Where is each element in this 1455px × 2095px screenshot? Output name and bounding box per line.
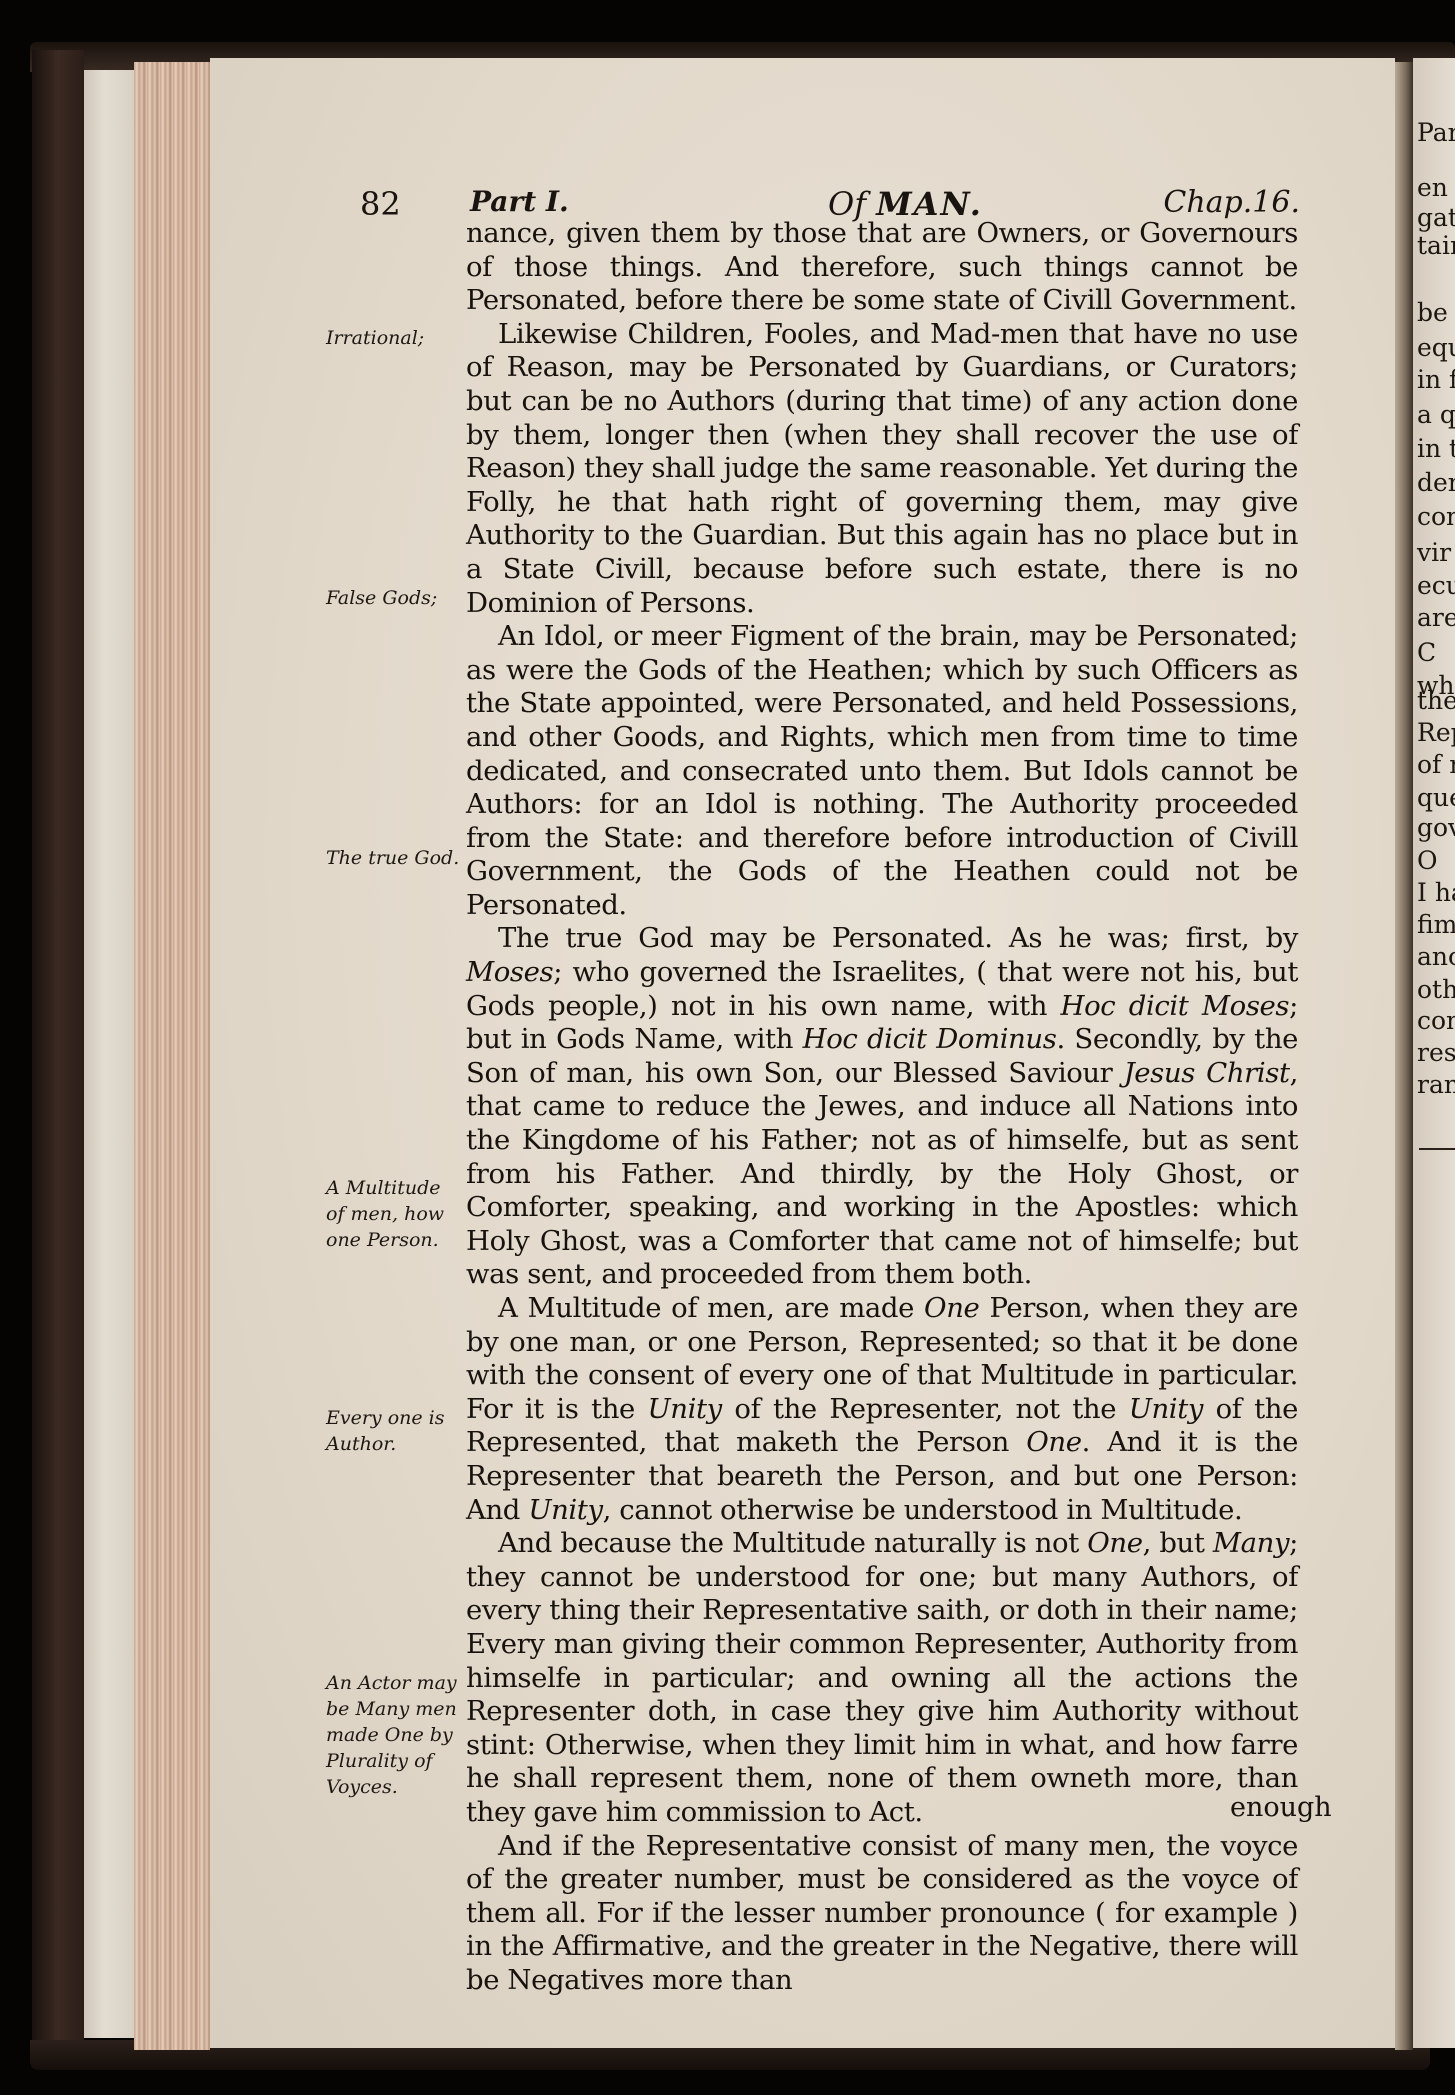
facing-page-fragment: are [1417,605,1455,630]
margin-note-true-god: The true God. [326,845,461,871]
flyleaf [84,70,134,2038]
facing-page-fragment: conc [1417,1008,1455,1033]
facing-page-fragment: C [1417,640,1436,665]
facing-page: Parengattainbeequin fa qin tderconvirecu… [1413,58,1455,2048]
facing-page-fragment: Par [1417,120,1455,145]
paragraph: An Idol, or meer Figment of the brain, m… [466,620,1298,922]
facing-page-fragment: en [1417,175,1448,200]
facing-page-fragment: anc [1417,944,1455,969]
folio-number: 82 [360,185,401,223]
chapter-label: Chap.16. [1163,185,1300,220]
paragraph: nance, given them by those that are Owne… [466,217,1298,318]
facing-page-fragment: be [1417,300,1448,325]
facing-page-fragment: equ [1417,335,1455,360]
page-edges [134,62,210,2050]
facing-page-fragment: a q [1417,402,1455,427]
margin-note-false-gods: False Gods; [326,585,461,611]
paragraph: Likewise Children, Fooles, and Mad-men t… [466,318,1298,620]
facing-page-fragment: ecu [1417,573,1455,598]
book-binding-left [32,50,84,2045]
gutter [1395,62,1413,2050]
facing-page-fragment: der [1417,470,1455,495]
facing-page-fragment: tain [1417,233,1455,258]
facing-page-fragment: I hav [1417,880,1455,905]
facing-page-fragment: oth [1417,977,1455,1002]
facing-page-fragment: ranc [1417,1072,1455,1097]
facing-page-rule [1419,1148,1455,1150]
paragraph: And because the Multitude naturally is n… [466,1527,1298,1829]
facing-page-fragment: fimv [1417,912,1455,937]
margin-note-irrational: Irrational; [326,325,461,351]
paragraph: And if the Representative consist of man… [466,1830,1298,1998]
facing-page-fragment: in f [1417,367,1455,392]
facing-page-fragment: quer [1417,785,1455,810]
margin-note-actor: An Actor may be Many men made One by Plu… [326,1670,461,1800]
margin-note-every-one: Every one is Author. [326,1405,461,1457]
facing-page-fragment: res, [1417,1040,1455,1065]
part-label: Part I. [470,185,569,218]
facing-page-fragment: gat [1417,205,1455,230]
facing-page-fragment: the c [1417,688,1455,713]
margin-note-multitude: A Multitude of men, how one Person. [326,1175,461,1253]
catchword: enough [1230,1792,1332,1823]
facing-page-fragment: vir [1417,540,1451,565]
facing-page-fragment: con [1417,504,1455,529]
facing-page-fragment: gove [1417,815,1455,840]
facing-page-fragment: in t [1417,436,1455,461]
paragraph: A Multitude of men, are made One Person,… [466,1292,1298,1527]
body-text: nance, given them by those that are Owne… [466,217,1298,1997]
facing-page-fragment: of n [1417,752,1455,777]
facing-page-fragment: O [1417,848,1438,873]
paragraph: The true God may be Personated. As he wa… [466,922,1298,1292]
facing-page-fragment: Rep [1417,720,1455,745]
